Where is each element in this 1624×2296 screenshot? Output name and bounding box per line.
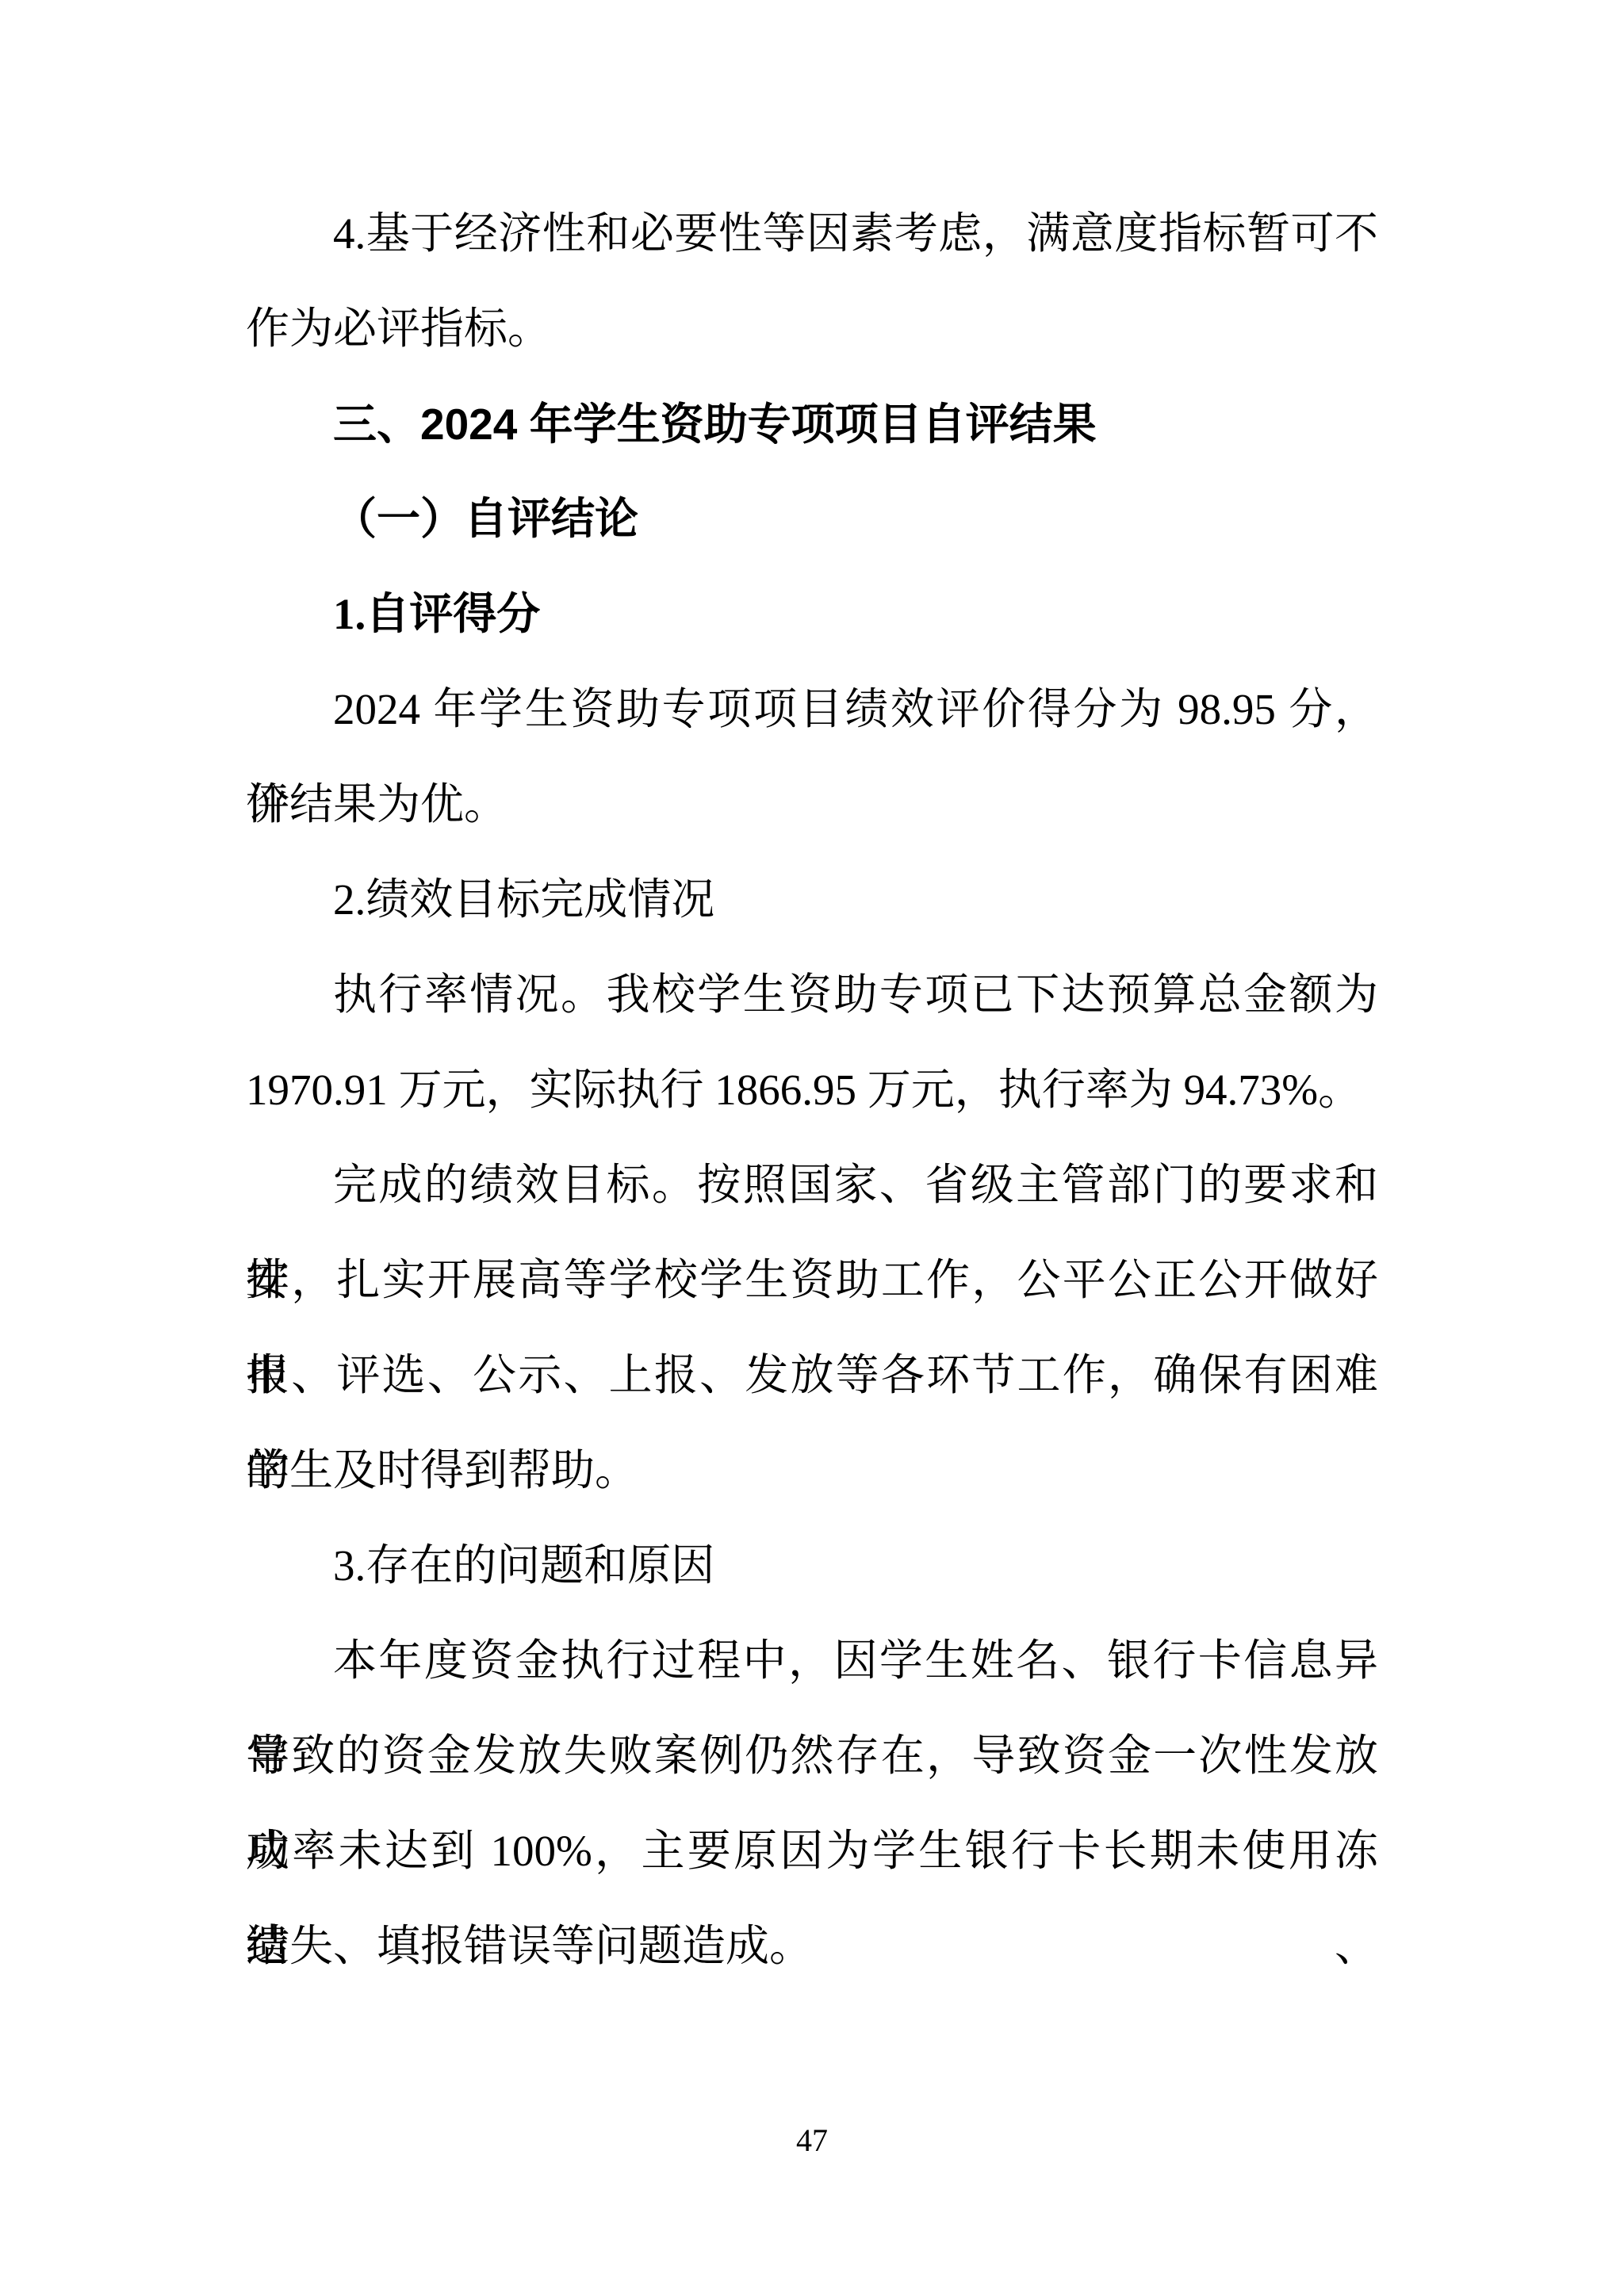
paragraph-line: 本年度资金执行过程中，因学生姓名、银行卡信息异常 [246, 1613, 1378, 1709]
paragraph-line: 学生及时得到帮助。 [246, 1423, 1378, 1518]
numbered-heading: 3.存在的问题和原因 [246, 1518, 1378, 1613]
section-heading: 三、2024 年学生资助专项项目自评结果 [246, 377, 1378, 472]
paragraph-line: 4.基于经济性和必要性等因素考虑，满意度指标暂可不 [246, 186, 1378, 281]
paragraph-line: 报、评选、公示、上报、发放等各环节工作，确保有困难的 [246, 1328, 1378, 1423]
page-number: 47 [0, 2122, 1624, 2160]
paragraph-line: 1970.91 万元，实际执行 1866.95 万元，执行率为 94.73%。 [246, 1043, 1378, 1138]
numbered-heading: 2.绩效目标完成情况 [246, 852, 1378, 947]
paragraph-line: 价结果为优。 [246, 757, 1378, 852]
paragraph-line: 2024 年学生资助专项项目绩效评价得分为 98.95 分，评 [246, 662, 1378, 757]
paragraph-line: 功率未达到 100%，主要原因为学生银行卡长期未使用冻结、 [246, 1804, 1378, 1899]
paragraph-line: 排，扎实开展高等学校学生资助工作，公平公正公开做好申 [246, 1233, 1378, 1328]
numbered-heading: 1.自评得分 [246, 567, 1378, 662]
paragraph-line: 导致的资金发放失败案例仍然存在，导致资金一次性发放成 [246, 1709, 1378, 1804]
paragraph-line: 完成的绩效目标。按照国家、省级主管部门的要求和安 [246, 1138, 1378, 1233]
document-page: 4.基于经济性和必要性等因素考虑，满意度指标暂可不 作为必评指标。 三、2024… [0, 0, 1624, 2296]
document-body: 4.基于经济性和必要性等因素考虑，满意度指标暂可不 作为必评指标。 三、2024… [246, 186, 1378, 1994]
paragraph-line: 作为必评指标。 [246, 281, 1378, 377]
subsection-heading: （一）自评结论 [246, 472, 1378, 567]
paragraph-line: 执行率情况。我校学生资助专项已下达预算总金额为 [246, 947, 1378, 1043]
